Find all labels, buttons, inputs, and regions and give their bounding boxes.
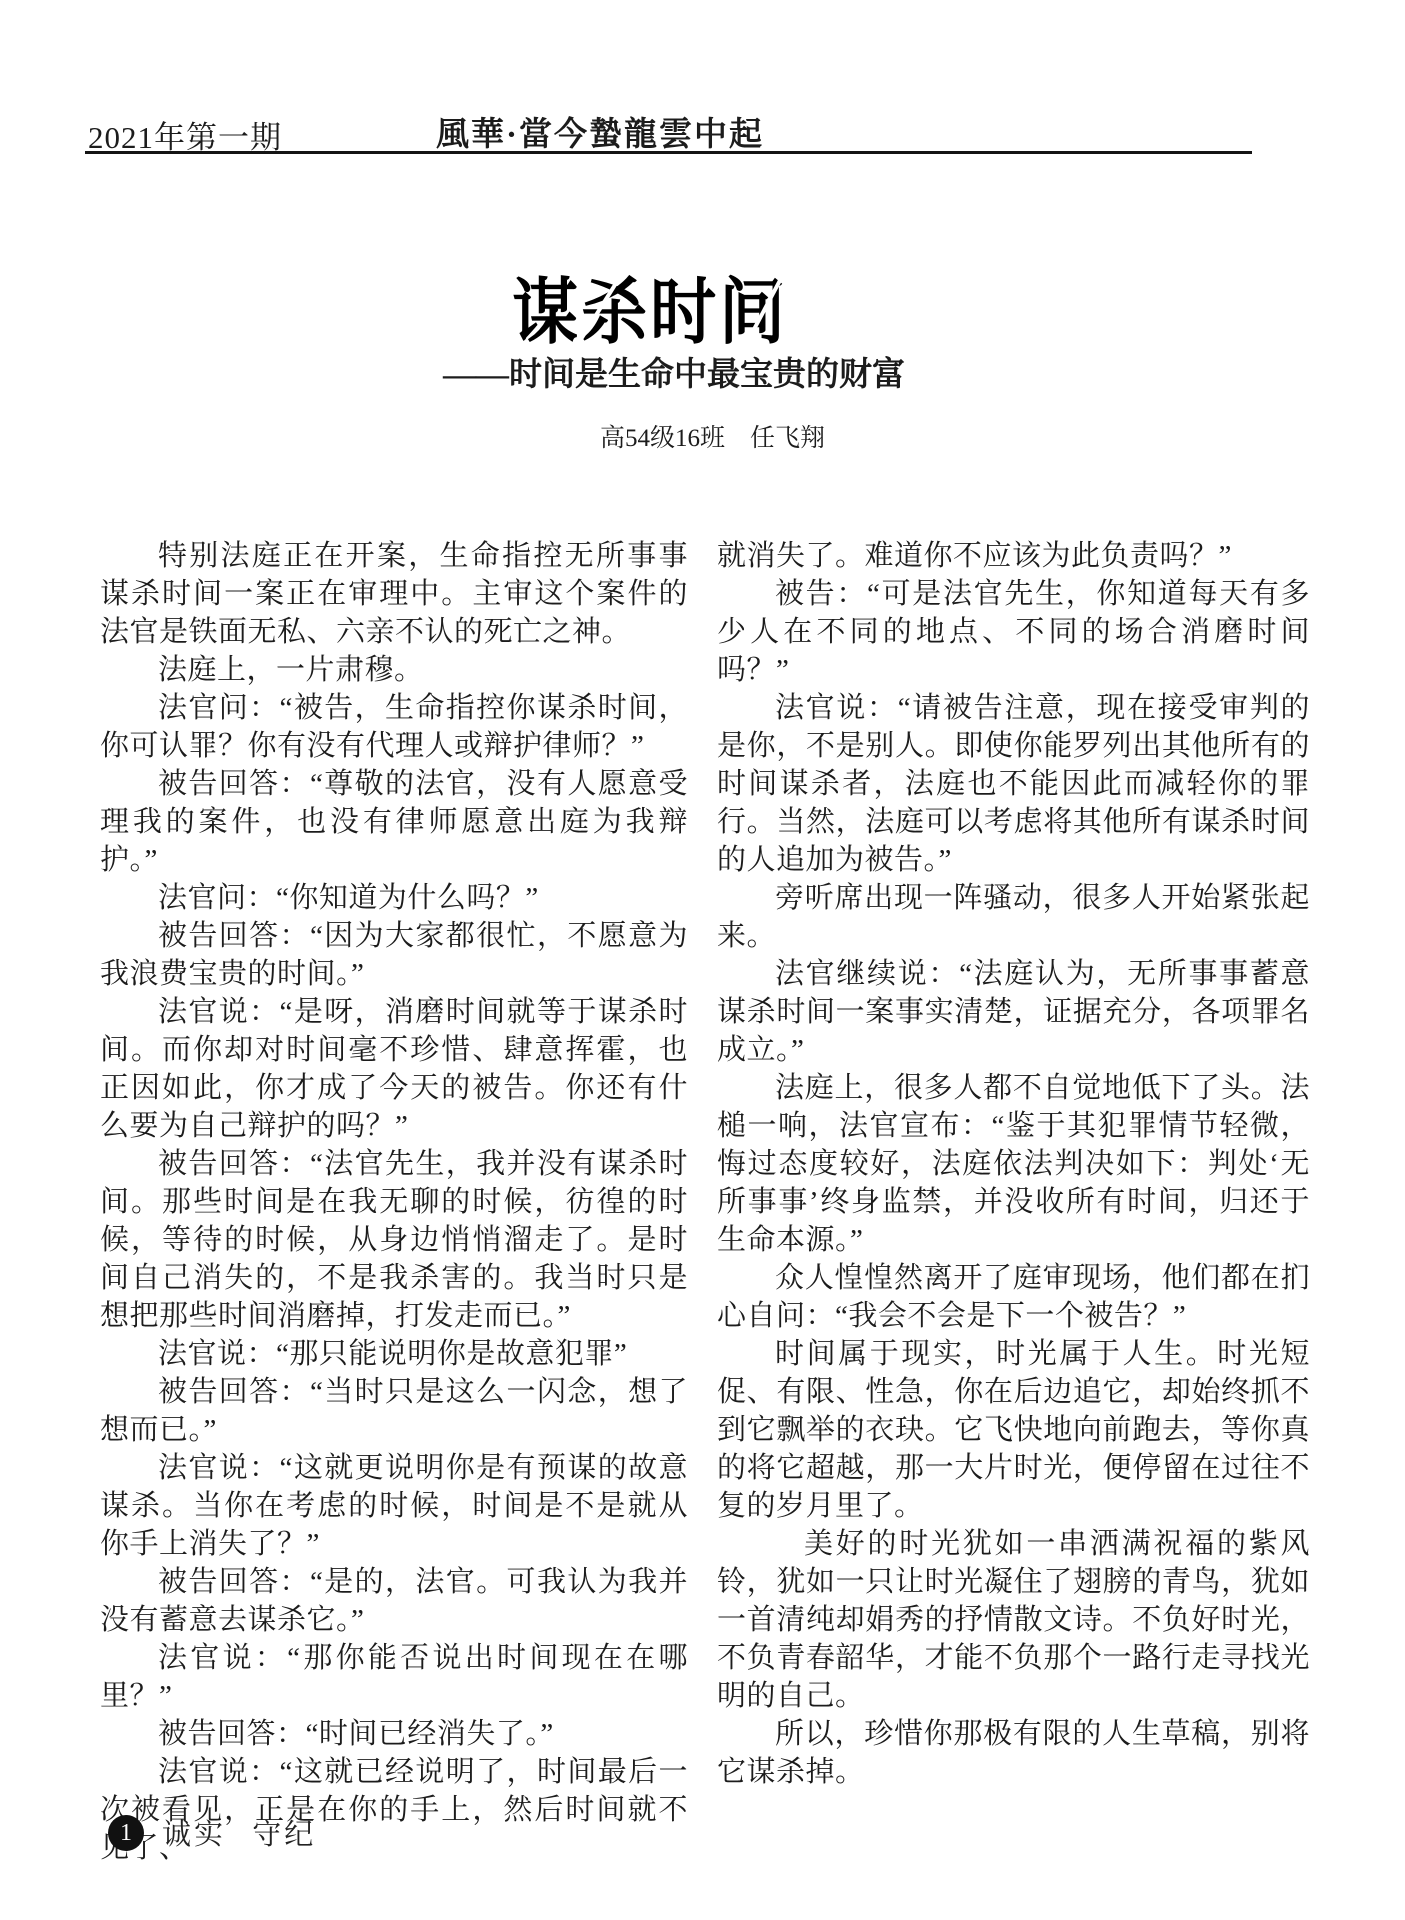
paragraph: 特别法庭正在开案，生命指控无所事事谋杀时间一案正在审理中。主审这个案件的法官是铁… [100, 537, 688, 651]
paragraph: 时间属于现实，时光属于人生。时光短促、有限、性急，你在后边追它，却始终抓不到它飘… [717, 1335, 1310, 1525]
paragraph: 被告回答：“因为大家都很忙，不愿意为我浪费宝贵的时间。” [100, 917, 688, 993]
paragraph: 法官问：“被告，生命指控你谋杀时间，你可认罪？你有没有代理人或辩护律师？” [100, 689, 688, 765]
paragraph: 被告回答：“时间已经消失了。” [100, 1715, 688, 1753]
paragraph: 法官说：“这就更说明你是有预谋的故意谋杀。当你在考虑的时候，时间是不是就从你手上… [100, 1449, 688, 1563]
paragraph: 被告回答：“尊敬的法官，没有人愿意受理我的案件，也没有律师愿意出庭为我辩护。” [100, 765, 688, 879]
magazine-page: 2021年第一期 風華·當今蟄龍雲中起 谋杀时间 ——时间是生命中最宝贵的财富 … [0, 0, 1405, 1920]
paragraph: 美好的时光犹如一串洒满祝福的紫风铃，犹如一只让时光凝住了翅膀的青鸟，犹如一首清纯… [717, 1525, 1310, 1715]
paragraph: 法官说：“请被告注意，现在接受审判的是你，不是别人。即使你能罗列出其他所有的时间… [717, 689, 1310, 879]
article-subtitle: ——时间是生命中最宝贵的财富 [443, 348, 903, 395]
paragraph: 法官说：“那你能否说出时间现在在哪里？” [100, 1639, 688, 1715]
paragraph: 法官说：“那只能说明你是故意犯罪” [100, 1335, 688, 1373]
paragraph: 法官继续说：“法庭认为，无所事事蓄意谋杀时间一案事实清楚，证据充分，各项罪名成立… [717, 955, 1310, 1069]
page-number-badge: 1 [108, 1815, 144, 1851]
paragraph: 被告回答：“法官先生，我并没有谋杀时间。那些时间是在我无聊的时候，彷徨的时候，等… [100, 1145, 688, 1335]
paragraph: 法官说：“是呀，消磨时间就等于谋杀时间。而你却对时间毫不珍惜、肆意挥霍，也正因如… [100, 993, 688, 1145]
footer-motto: 诚实 守纪 [162, 1812, 316, 1853]
column-left: 特别法庭正在开案，生命指控无所事事谋杀时间一案正在审理中。主审这个案件的法官是铁… [100, 537, 688, 1867]
paragraph: 旁听席出现一阵骚动，很多人开始紧张起来。 [717, 879, 1310, 955]
article-author: 高54级16班 任飞翔 [600, 418, 800, 454]
paragraph: 被告：“可是法官先生，你知道每天有多少人在不同的地点、不同的场合消磨时间吗？” [717, 575, 1310, 689]
paragraph: 众人惶惶然离开了庭审现场，他们都在扪心自问：“我会不会是下一个被告？” [717, 1259, 1310, 1335]
paragraph: 被告回答：“当时只是这么一闪念，想了想而已。” [100, 1373, 688, 1449]
paragraph: 就消失了。难道你不应该为此负责吗？” [717, 537, 1310, 575]
paragraph: 所以，珍惜你那极有限的人生草稿，别将它谋杀掉。 [717, 1715, 1310, 1791]
header-journal-title: 風華·當今蟄龍雲中起 [88, 108, 1112, 155]
paragraph: 被告回答：“是的，法官。可我认为我并没有蓄意去谋杀它。” [100, 1563, 688, 1639]
paragraph: 法庭上，很多人都不自觉地低下了头。法槌一响，法官宣布：“鉴于其犯罪情节轻微，悔过… [717, 1069, 1310, 1259]
page-footer: 1 诚实 守纪 [108, 1812, 316, 1853]
header-divider [85, 151, 1252, 154]
column-right: 就消失了。难道你不应该为此负责吗？”被告：“可是法官先生，你知道每天有多少人在不… [717, 537, 1310, 1791]
paragraph: 法庭上，一片肃穆。 [100, 651, 688, 689]
paragraph: 法官问：“你知道为什么吗？” [100, 879, 688, 917]
